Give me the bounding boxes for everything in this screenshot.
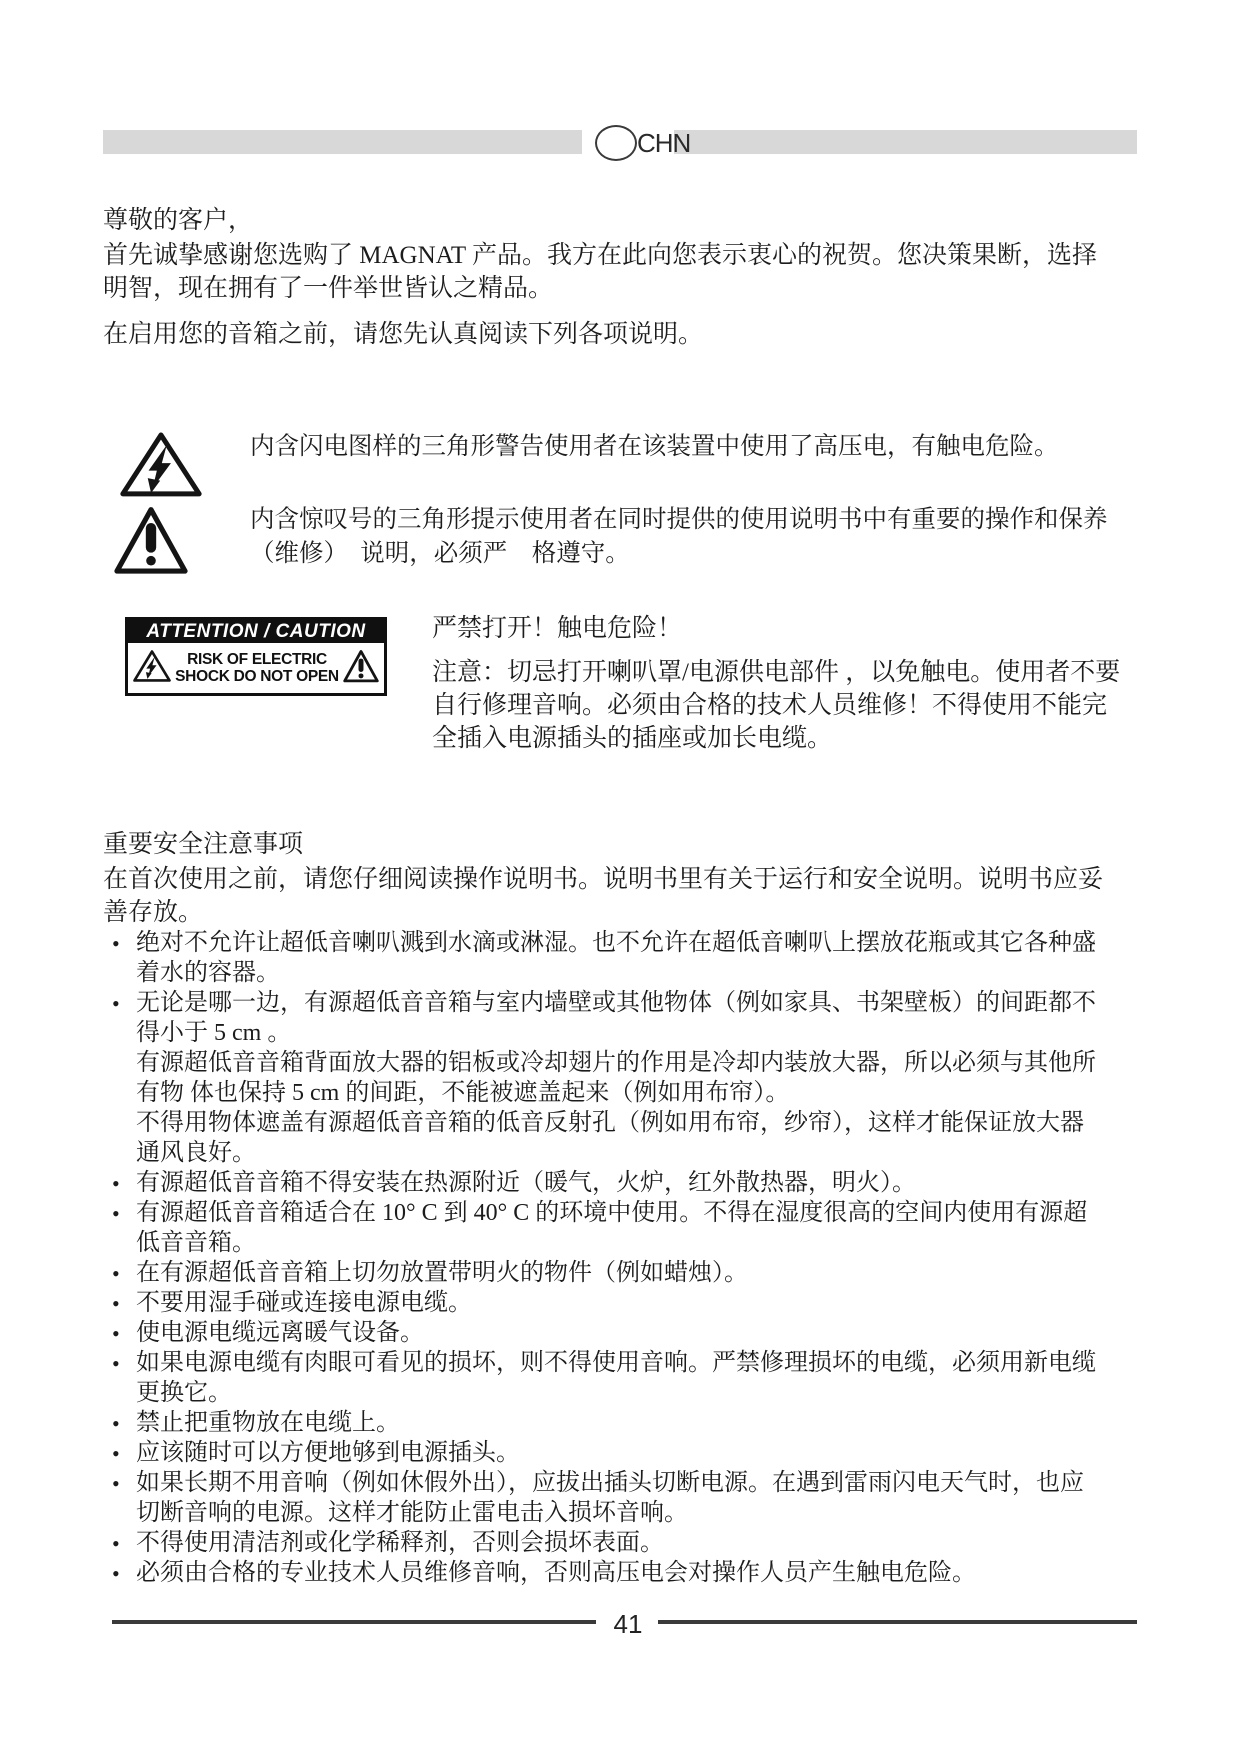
list-item: 禁止把重物放在电缆上。 [103, 1408, 1106, 1438]
safety-instruction-list: 绝对不允许让超低音喇叭溅到水滴或淋湿。也不允许在超低音喇叭上摆放花瓶或其它各种盛… [103, 928, 1106, 1588]
intro-section: 尊敬的客户， 首先诚挚感谢您选购了 MAGNAT 产品。我方在此向您表示衷心的祝… [103, 203, 1118, 351]
list-item: 在有源超低音音箱上切勿放置带明火的物件（例如蜡烛）。 [103, 1258, 1106, 1288]
list-item: 不要用湿手碰或连接电源电缆。 [103, 1288, 1106, 1318]
caution-exclamation-triangle-icon [343, 649, 379, 688]
list-item: 如果电源电缆有肉眼可看见的损坏，则不得使用音响。严禁修理损坏的电缆，必须用新电缆… [103, 1348, 1106, 1408]
caution-bolt-triangle-icon [133, 649, 171, 688]
caution-label-title: ATTENTION / CAUTION [128, 620, 384, 643]
exclamation-triangle-icon [114, 503, 188, 582]
manual-page: CHN 尊敬的客户， 首先诚挚感谢您选购了 MAGNAT 产品。我方在此向您表示… [0, 0, 1241, 1754]
language-badge-text: CHN [637, 128, 690, 159]
list-item: 使电源电缆远离暖气设备。 [103, 1318, 1106, 1348]
list-item: 如果长期不用音响（例如休假外出），应拔出插头切断电源。在遇到雷雨闪电天气时，也应… [103, 1468, 1106, 1528]
footer-rule-right [658, 1620, 1137, 1624]
header-bar-right [674, 130, 1137, 154]
list-item: 绝对不允许让超低音喇叭溅到水滴或淋湿。也不允许在超低音喇叭上摆放花瓶或其它各种盛… [103, 928, 1106, 988]
safety-section-heading: 重要安全注意事项 [103, 828, 303, 861]
list-item: 无论是哪一边，有源超低音音箱与室内墙壁或其他物体（例如家具、书架壁板）的间距都不… [103, 988, 1106, 1168]
important-instructions-warning-text: 内含惊叹号的三角形提示使用者在同时提供的使用说明书中有重要的操作和保养（维修） … [250, 503, 1136, 571]
list-item: 应该随时可以方便地够到电源插头。 [103, 1438, 1106, 1468]
caution-label: ATTENTION / CAUTION RISK OF ELECTRIC SHO… [125, 617, 387, 696]
caution-risk-line1: RISK OF ELECTRIC [187, 651, 327, 668]
read-instructions-note: 在启用您的音箱之前，请您先认真阅读下列各项说明。 [103, 318, 1118, 351]
high-voltage-warning-text: 内含闪电图样的三角形警告使用者在该装置中使用了高压电，有触电危险。 [250, 430, 1136, 464]
list-item: 必须由合格的专业技术人员维修音响，否则高压电会对操作人员产生触电危险。 [103, 1558, 1106, 1588]
list-item: 有源超低音音箱适合在 10° C 到 40° C 的环境中使用。不得在湿度很高的… [103, 1198, 1106, 1258]
high-voltage-triangle-icon [119, 430, 203, 503]
header-bar-left [103, 130, 582, 154]
caution-risk-line2: SHOCK DO NOT OPEN [175, 668, 339, 685]
language-badge-ellipse [595, 125, 637, 161]
intro-paragraph: 首先诚挚感谢您选购了 MAGNAT 产品。我方在此向您表示衷心的祝贺。您决策果断… [103, 239, 1118, 305]
list-item: 有源超低音音箱不得安装在热源附近（暖气，火炉，红外散热器，明火）。 [103, 1168, 1106, 1198]
caution-notice-text: 注意：切忌打开喇叭罩/电源供电部件 ，以免触电。使用者不要自行修理音响。必须由合… [432, 656, 1130, 755]
caution-risk-text: RISK OF ELECTRIC SHOCK DO NOT OPEN [171, 651, 343, 685]
header-bar: CHN [103, 130, 1137, 154]
safety-section-intro: 在首次使用之前，请您仔细阅读操作说明书。说明书里有关于运行和安全说明。说明书应妥… [103, 863, 1113, 929]
do-not-open-headline: 严禁打开！触电危险！ [432, 612, 682, 646]
list-item: 不得使用清洁剂或化学稀释剂，否则会损坏表面。 [103, 1528, 1106, 1558]
footer-rule-left [112, 1620, 596, 1624]
salutation: 尊敬的客户， [103, 203, 1118, 239]
caution-label-body: RISK OF ELECTRIC SHOCK DO NOT OPEN [128, 643, 384, 693]
page-number: 41 [596, 1609, 660, 1640]
